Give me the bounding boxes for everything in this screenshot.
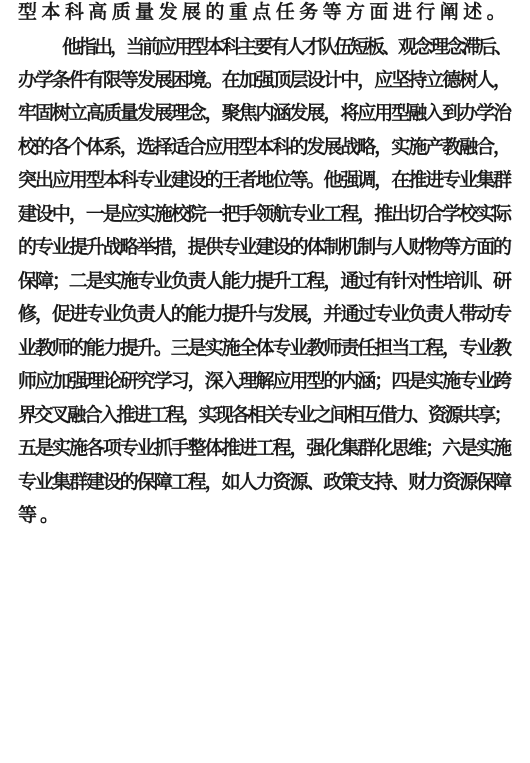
- text-line: 突出应用型本科专业建设的王者地位等。他强调，在推进专业集群: [18, 168, 510, 202]
- text-line: 业教师的能力提升。三是实施全体专业教师责任担当工程，专业教: [18, 336, 510, 370]
- text-line: 专业集群建设的保障工程，如人力资源、政策支持、财力资源保障: [18, 470, 510, 504]
- text-line: 等。: [18, 503, 62, 537]
- paragraph-start-line: 他指出，当前应用型本科主要有人才队伍短板、观念理念滞后、: [62, 35, 510, 69]
- text-line: 修，促进专业负责人的能力提升与发展，并通过专业负责人带动专: [18, 302, 510, 336]
- text-line: 的专业提升战略举措，提供专业建设的体制机制与人财物等方面的: [18, 235, 510, 269]
- text-line: 办学条件有限等发展困境。在加强顶层设计中，应坚持立德树人，: [18, 68, 510, 102]
- text-line: 师应加强理论研究学习，深入理解应用型的内涵；四是实施专业跨: [18, 369, 510, 403]
- text-line: 型本科高质量发展的重点任务等方面进行阐述。: [18, 0, 510, 34]
- text-line: 校的各个体系，选择适合应用型本科的发展战略，实施产教融合，: [18, 135, 510, 169]
- text-line: 建设中，一是应实施校院一把手领航专业工程，推出切合学校实际: [18, 202, 510, 236]
- text-line: 牢固树立高质量发展理念，聚焦内涵发展，将应用型融入到办学治: [18, 101, 510, 135]
- text-line: 五是实施各项专业抓手整体推进工程，强化集群化思维；六是实施: [18, 436, 510, 470]
- text-line: 界交叉融合入推进工程，实现各相关专业之间相互借力、资源共享；: [18, 403, 510, 437]
- text-line: 保障；二是实施专业负责人能力提升工程，通过有针对性培训、研: [18, 269, 510, 303]
